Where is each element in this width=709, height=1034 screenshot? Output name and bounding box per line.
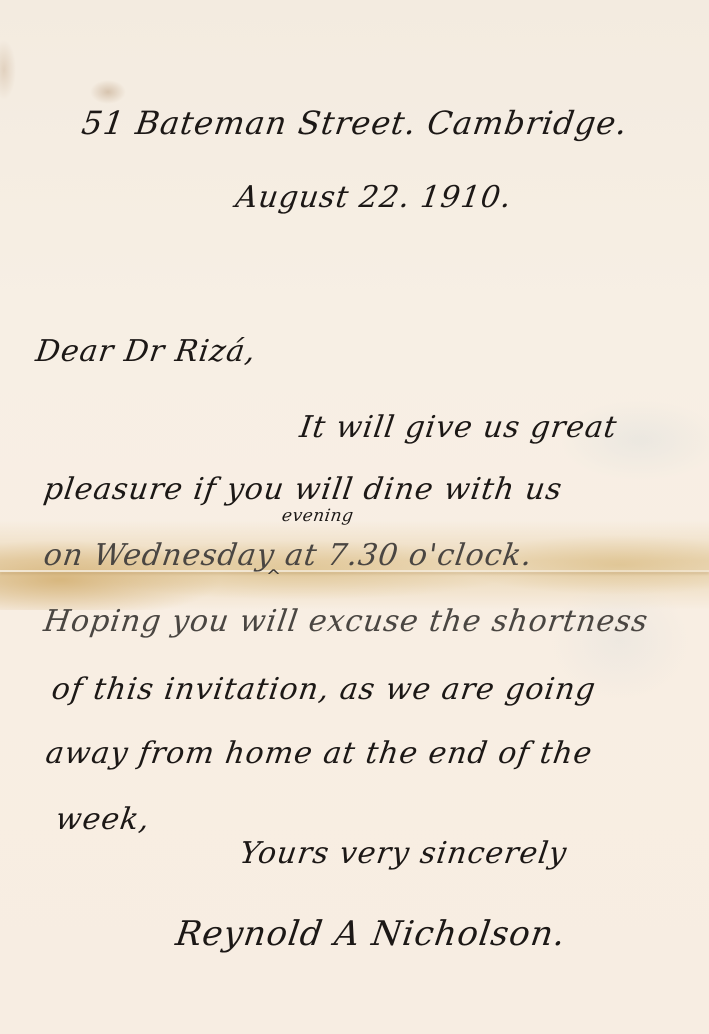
letter-body-line-1: It will give us great <box>298 410 620 445</box>
letter-body-line-2: pleasure if you will dine with us <box>42 472 565 507</box>
letter-body-line-3: on Wednesday at 7.30 o'clock. <box>42 538 535 573</box>
letter-body-line-6: away from home at the end of the <box>44 736 595 771</box>
letter-date: August 22. 1910. <box>234 180 515 215</box>
letter-address: 51 Bateman Street. Cambridge. <box>79 104 630 142</box>
letter-body-line-4: Hoping you will excuse the shortness <box>42 604 651 639</box>
letter-closing: Yours very sincerely <box>238 836 570 871</box>
letter-salutation: Dear Dr Rizá, <box>34 334 259 369</box>
insertion-caret-mark: ^ <box>266 566 281 587</box>
letter-insertion-evening: evening <box>281 506 355 526</box>
letter-page: 51 Bateman Street. Cambridge. August 22.… <box>0 0 709 1034</box>
letter-signature: Reynold A Nicholson. <box>173 914 568 954</box>
letter-body-line-7: week, <box>54 802 153 837</box>
letter-body-line-5: of this invitation, as we are going <box>50 672 599 707</box>
